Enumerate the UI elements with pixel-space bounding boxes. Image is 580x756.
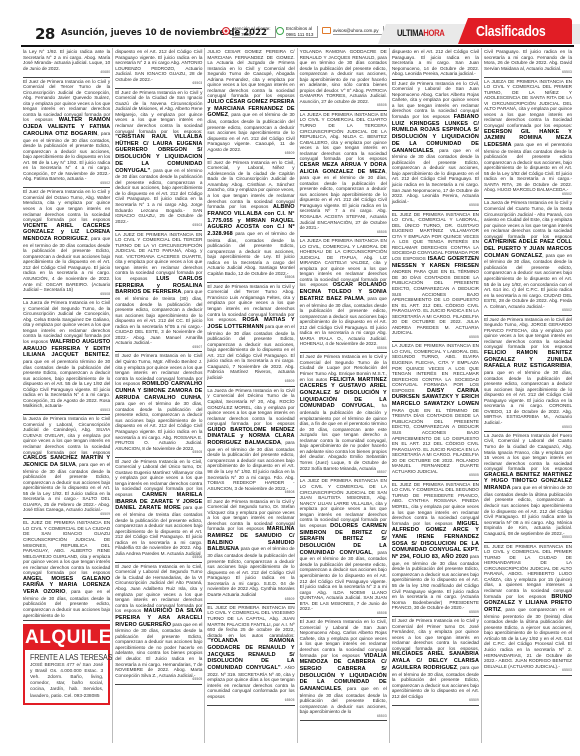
legal-notice: LA JUEZA DE PRIMERA INSTANCIA EN LO CIVI… xyxy=(300,237,387,353)
notice-text: , para que en el término de 30 días cont… xyxy=(23,131,110,182)
notice-code: 65505 xyxy=(300,104,387,107)
legal-notice: dispuesto en el Art. 212 del Código Civi… xyxy=(115,48,202,89)
notice-code: 65508 xyxy=(207,276,294,279)
notice-code: 65502 xyxy=(484,309,572,312)
legal-notice: El Juez de Primera Instancia en lo Civil… xyxy=(392,80,479,211)
mail-icon xyxy=(322,27,331,34)
column-5: dispuesto en el Art. 212 del Código Civi… xyxy=(390,48,482,743)
notice-text: para que en el término de 30 días contad… xyxy=(484,485,572,536)
whatsapp-icon xyxy=(276,27,284,35)
column-2: dispuesto en el Art. 212 del Código Civi… xyxy=(113,48,205,743)
notice-text: La Jueza de Primera Instancia del Fuero … xyxy=(484,433,572,471)
notice-text: dispuesto en el Art. 212 del Código Civi… xyxy=(115,49,202,82)
notice-text: , para que comparezcan en el término per… xyxy=(484,607,572,669)
page-number: 28 xyxy=(35,25,55,43)
notice-text: PARA QUE EN EL TÉRMINO DE TREINTA DÍAS C… xyxy=(392,408,479,474)
legal-notice: la Ley N° 1/92. El juicio radica ante la… xyxy=(23,48,110,78)
notice-code: 40680 xyxy=(23,71,110,74)
ad-text: JOSÉ BERGES 477 e/ San José y Brasil Gs.… xyxy=(30,663,103,700)
notice-text: JULIO CESAR GOMEZ PEREIRA C/ MARCIANA FE… xyxy=(207,49,294,98)
notice-text: para que en el término de treinta días, … xyxy=(207,231,294,276)
legal-notice: EL JUEZ DE PRIMERA INSTANCIA EN LO CIVIL… xyxy=(484,543,572,676)
notice-code: 65503 xyxy=(115,82,202,85)
legal-notice: EL JUEZ DE PRIMERA INSTANCIA EN LO CIVIL… xyxy=(23,519,110,621)
column-6: Civil Paraguayo. El juicio radica en la … xyxy=(482,48,574,743)
notice-code: 65508 xyxy=(300,612,387,615)
legal-notice: El Juez de Primera Instancia en lo Civil… xyxy=(207,498,294,604)
notice-text: El Juez de Primera Instancia en lo Civil… xyxy=(392,618,479,651)
notice-text: EL JUEZ DE PRIMERA INSTANCIA EN LO CIVIL… xyxy=(392,212,479,261)
notice-text: , para que en el término de 30 días cont… xyxy=(207,440,294,491)
notice-text: ANDREN PARA QUE EN EL TÉRMINO DE 30 DÍAS… xyxy=(392,269,479,335)
notice-code: 65509 xyxy=(207,152,294,155)
notice-text: , para que en el término de 30 días, con… xyxy=(115,395,202,451)
notice-text: EL JUEZ DE PRIMERA INSTANCIA EN LO CIVIL… xyxy=(207,605,294,638)
notice-code: 65509 xyxy=(207,598,294,601)
notice-text: , para que en el término de treinta (30)… xyxy=(115,289,202,345)
contact-whatsapp: Escribinos al0981 111 013 xyxy=(276,26,318,38)
notice-text: El Juez de Primera Instancia en lo Civil… xyxy=(23,79,110,123)
notice-text: La Jueza de Primera Instancia en lo Civi… xyxy=(23,300,110,344)
notice-code: 65505 xyxy=(207,699,294,702)
notice-text: EL JUEZ DE PRIMERA INSTANCIA EN LO CIVIL… xyxy=(23,520,110,575)
notice-text: para que en el perentorio término de tre… xyxy=(484,142,572,193)
notice-text: El Juez de Primera Instancia en lo Civil… xyxy=(115,90,202,134)
notice-code: 65509 xyxy=(207,380,294,383)
legal-notice: YOLANDA RAMONA GODDACRE DE RENAULD Y JAC… xyxy=(300,48,387,111)
notice-code: 65509 xyxy=(23,513,110,516)
notice-text: la Ley N° 1/92. El juicio radica ante la… xyxy=(23,49,110,71)
notice-text: La Jueza de Primera Instancia en lo Civi… xyxy=(207,388,294,426)
notice-code: 65502 xyxy=(484,193,572,196)
legal-notice: La Jueza de Primera Instancia en lo Civi… xyxy=(484,199,572,315)
contact-customer-service: Atención al cliente:415 7000 xyxy=(222,26,276,38)
legal-notice: La Jueza de Primera Instancia en lo Civi… xyxy=(207,387,294,498)
notice-code: 65506 xyxy=(115,556,202,559)
legal-notice: El Juez de Primera Instancia en lo Civil… xyxy=(392,617,479,706)
notice-text: , para que en el término de 30 días, con… xyxy=(300,169,387,231)
notice-parties: FELICIO RAMON BENITEZ GONZALEZ Y ZUNILDA… xyxy=(484,350,572,369)
legal-notice: El Juez de Primera Instancia en lo Civil… xyxy=(484,316,572,432)
notice-code: 65507 xyxy=(300,471,387,474)
notice-text: para que en el término de treinta días c… xyxy=(115,505,202,556)
column-3: JULIO CESAR GOMEZ PEREIRA C/ MARCIANA FE… xyxy=(205,48,297,743)
notice-text: La Jueza de Primera Instancia en lo Civi… xyxy=(484,200,572,238)
legal-notice: Civil Paraguayo. El juicio radica en la … xyxy=(484,48,572,78)
legal-notice: El Juez de Primera Instancia en lo Civil… xyxy=(115,563,202,685)
notice-text: , para que en el término de 30 días, con… xyxy=(484,363,572,425)
notice-text: LA JUEZA DE PRIMERA INSTANCIA EN LO CIVI… xyxy=(300,112,387,161)
notice-text: , para que en el perentorio término de 3… xyxy=(23,352,110,408)
legal-notice: El Juez de Primera Instancia en lo Civil… xyxy=(115,458,202,563)
legal-notice: JULIO CESAR GOMEZ PEREIRA C/ MARCIANA FE… xyxy=(207,48,294,159)
legal-notice: El Juez de Primera Instancia en lo Civil… xyxy=(207,159,294,283)
notice-code: 65503 xyxy=(484,426,572,429)
notice-code: 65508 xyxy=(392,204,479,207)
ad-body: FRENTE A LAS TERESASJOSÉ BERGES 477 e/ S… xyxy=(25,650,108,703)
notice-code: 65508 xyxy=(23,293,110,296)
notice-text: para que en el término de 30 días, conta… xyxy=(115,622,202,678)
notice-code: 65505 xyxy=(115,451,202,454)
legal-notice: EL JUEZ DE PRIMERA INSTANCIA EN LO CIVIL… xyxy=(392,481,479,617)
notice-text: LA JUEZA DE PRIMERA INSTANCIA EN LO CIVI… xyxy=(484,79,572,128)
legal-notice: EL JUEZ DE PRIMERA INSTANCIA EN LO CIVIL… xyxy=(392,211,479,343)
notice-parties: MIGUEL ALFREDO GOMEZ ARCE Y YANE IRENE F… xyxy=(392,521,479,561)
legal-notice: El Juez de Primera Instancia en lo Civil… xyxy=(23,78,110,189)
notice-text: , para que en el término de 30 días cont… xyxy=(392,148,479,204)
ad-headline: FRENTE A LAS TERESAS xyxy=(30,653,96,662)
legal-notice: El Juez de Primera Instancia en lo Civil… xyxy=(300,618,387,721)
notice-text: LA JUEZ DE PRIMERA INSTANCIA EN LO CIVIL… xyxy=(115,232,202,281)
notice-text: Civil Paraguayo. El juicio radica en la … xyxy=(484,49,572,71)
contact-email: avisos@uhora.com.py xyxy=(322,26,384,35)
notice-code: 65507 xyxy=(115,346,202,349)
notice-text: . para que en el término de 30 días cont… xyxy=(115,168,202,224)
column-4: YOLANDA RAMONA GODDACRE DE RENAULD Y JAC… xyxy=(298,48,390,743)
notice-text: , para que en el término de 30 días, con… xyxy=(484,253,572,309)
legal-notice: LA JUEZ DE PRIMERA INSTANCIA EN LO CIVIL… xyxy=(300,477,387,618)
notice-text: EL JUEZ DE PRIMERA INSTANCIA EN LO CIVIL… xyxy=(392,482,479,526)
notice-code: 65505 xyxy=(115,678,202,681)
notice-text: para que en el término de 30 días contad… xyxy=(207,546,294,597)
legal-notice: LA JUEZA DE PRIMERA INSTANCIA EN LO CIVI… xyxy=(484,78,572,200)
notice-text: , para que en el término de 30 días, con… xyxy=(300,296,387,347)
notice-text: , para que en el término de 30 días cont… xyxy=(23,462,110,513)
notice-text: , para que en el término de 30 días, con… xyxy=(300,550,387,612)
legal-notice: El Juez de Primera Instancia en lo Civil… xyxy=(23,188,110,299)
legal-notice: LA JUEZ DE PRIMERA INSTANCIA EN LO CIVIL… xyxy=(115,231,202,353)
notice-code: 65503 xyxy=(115,224,202,227)
notice-text: para que, en término de 30 días contados… xyxy=(392,554,479,610)
notice-code: 65503 xyxy=(23,409,110,412)
legal-notice: EL JUEZ DE PRIMERA INSTANCIA EN LO CIVIL… xyxy=(207,604,294,706)
notice-text: El Juez de Primera Instancia en lo Civil… xyxy=(23,189,110,222)
phone-icon xyxy=(222,27,230,35)
notice-parties: CESAR MEZA ARRUA Y DORA ALICIA GONZALEZ … xyxy=(300,162,387,175)
notice-text: EL JUEZ DE PRIMERA INSTANCIA EN LO CIVIL… xyxy=(484,544,572,599)
column-1: la Ley N° 1/92. El juicio radica ante la… xyxy=(21,48,113,743)
notice-text: , ha ordenado la publicación de citación… xyxy=(300,403,387,470)
notice-code: 65505 xyxy=(392,336,479,339)
notice-code: 65505 xyxy=(392,474,479,477)
notice-text: , para que en el término de 30 días, con… xyxy=(207,112,294,151)
notice-text: YOLANDA RAMONA GODDACRE DE RENAULD Y JAC… xyxy=(300,49,387,104)
header-divider xyxy=(21,45,574,47)
brand-logo: ULTIMAHORA xyxy=(397,28,444,38)
notice-code: 65509 xyxy=(392,699,479,702)
section-title: Clasificados xyxy=(476,23,546,40)
legal-notice: LA JUEZA DE PRIMERA INSTANCIA EN LO CIVI… xyxy=(300,111,387,237)
notice-code: 65502 xyxy=(23,182,110,185)
legal-notice: El Juez de Primera Instancia en lo Civil… xyxy=(115,352,202,457)
notice-text: para que en el término de 30 días contad… xyxy=(207,324,294,380)
notice-code: 65509 xyxy=(392,611,479,614)
notice-text: LA JUEZ DE PRIMERA INSTANCIA EN LO CIVIL… xyxy=(300,478,387,527)
legal-notice: La Jueza de Primera Instancia del Fuero … xyxy=(484,432,572,543)
page-header: 28 Asunción, jueves 10 de noviembre de 2… xyxy=(0,24,580,44)
legal-notice: El Juez de Primera Instancia en lo Civil… xyxy=(207,283,294,387)
notice-code: 65503 xyxy=(484,71,572,74)
rental-ad: ALQUILERFRENTE A LAS TERESASJOSÉ BERGES … xyxy=(23,624,110,705)
notice-text: la Jueza de Primera Instancia en lo Civi… xyxy=(23,416,110,454)
legal-notice: LA JUEZA DE PRIMERA INSTANCIA EN LO CIVI… xyxy=(392,342,479,480)
notice-code: 65506 xyxy=(300,347,387,350)
legal-notice: El Juez de Primera Instancia en lo Civil… xyxy=(300,353,387,477)
notice-code: 65503 xyxy=(484,669,572,672)
legal-notice: La Jueza de Primera Instancia en lo Civi… xyxy=(23,299,110,415)
notice-text: LA JUEZA DE PRIMERA INSTANCIA EN LO CIVI… xyxy=(392,343,479,392)
notice-text: LA JUEZA DE PRIMERA INSTANCIA EN LO CIVI… xyxy=(300,238,387,287)
notice-text: dispuesto en el Art. 212 del Código Civi… xyxy=(392,49,479,76)
classified-columns: la Ley N° 1/92. El juicio radica ante la… xyxy=(21,48,574,743)
ad-title: ALQUILER xyxy=(25,626,108,650)
notice-text: El Juez de Primera Instancia en lo Civil… xyxy=(115,564,202,613)
notice-code: 65505 xyxy=(300,231,387,234)
notice-text: El Juez de Primera Instancia en lo Civil… xyxy=(207,160,294,209)
notice-code: 65503 xyxy=(484,536,572,539)
notice-code: 65508 xyxy=(207,491,294,494)
legal-notice: dispuesto en el Art. 212 del Código Civi… xyxy=(392,48,479,80)
notice-code: 65503 xyxy=(300,715,387,718)
notice-text: El Juez de Primera Instancia en lo Civil… xyxy=(484,317,572,350)
legal-notice: El Juez de Primera Instancia en lo Civil… xyxy=(115,89,202,231)
notice-text: , para que en el termino de 30 días cont… xyxy=(23,236,110,292)
legal-notice: la Jueza de Primera Instancia en lo Civi… xyxy=(23,415,110,519)
